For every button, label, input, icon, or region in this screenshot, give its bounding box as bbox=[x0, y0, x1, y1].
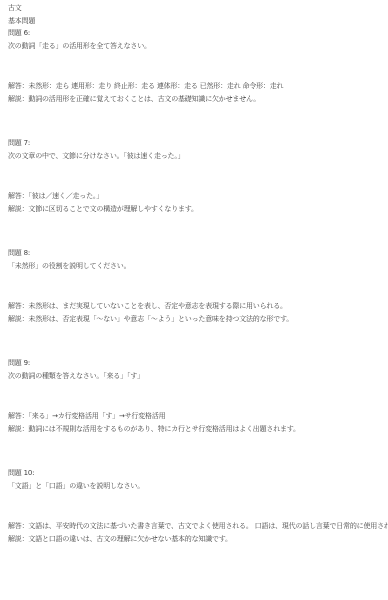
question-block: 問題 10: 「文語」と「口語」の違いを説明しなさい。 bbox=[8, 467, 382, 492]
explanation-text: 解説：文節に区切ることで文の構造が理解しやすくなります。 bbox=[8, 203, 382, 216]
question-label: 問題 10: bbox=[8, 467, 382, 480]
question-label: 問題 9: bbox=[8, 357, 382, 370]
question-block: 問題 9: 次の動詞の種類を答えなさい。「来る」「す」 bbox=[8, 357, 382, 382]
answer-block: 解答：未然形は、まだ実現していないことを表し、否定や意志を表現する際に用いられる… bbox=[8, 300, 382, 325]
answer-text: 解答：未然形：走ら 連用形：走り 終止形：走る 連体形：走る 已然形：走れ 命令… bbox=[8, 80, 382, 93]
question-text: 次の動詞の種類を答えなさい。「来る」「す」 bbox=[8, 370, 382, 383]
question-block: 問題 8: 「未然形」の役割を説明してください。 bbox=[8, 247, 382, 272]
document-subtitle: 基本問題 bbox=[8, 15, 382, 28]
question-label: 問題 7: bbox=[8, 137, 382, 150]
question-label: 問題 6: bbox=[8, 27, 382, 40]
question-section: 問題 9: 次の動詞の種類を答えなさい。「来る」「す」 解答：「来る」→カ行変格… bbox=[8, 357, 382, 435]
question-text: 次の文章の中で、文節に分けなさい。「彼は速く走った。」 bbox=[8, 150, 382, 163]
question-block: 問題 7: 次の文章の中で、文節に分けなさい。「彼は速く走った。」 bbox=[8, 137, 382, 162]
document-header: 古文 基本問題 bbox=[8, 2, 382, 27]
answer-text: 解答：未然形は、まだ実現していないことを表し、否定や意志を表現する際に用いられる… bbox=[8, 300, 382, 313]
explanation-text: 解説：動詞には不規則な活用をするものがあり、特にカ行とサ行変格活用はよく出題され… bbox=[8, 423, 382, 436]
answer-text: 解答：「来る」→カ行変格活用「す」→サ行変格活用 bbox=[8, 410, 382, 423]
explanation-text: 解説：未然形は、否定表現「〜ない」や意志「〜よう」といった意味を持つ文法的な形で… bbox=[8, 313, 382, 326]
question-section: 問題 10: 「文語」と「口語」の違いを説明しなさい。 解答：文語は、平安時代の… bbox=[8, 467, 382, 545]
question-section: 問題 7: 次の文章の中で、文節に分けなさい。「彼は速く走った。」 解答：「彼は… bbox=[8, 137, 382, 215]
questions-list: 問題 6: 次の動詞「走る」の活用形を全て答えなさい。 解答：未然形：走ら 連用… bbox=[8, 27, 382, 545]
question-label: 問題 8: bbox=[8, 247, 382, 260]
document-page: 古文 基本問題 問題 6: 次の動詞「走る」の活用形を全て答えなさい。 解答：未… bbox=[0, 0, 388, 600]
answer-text: 解答：「彼は／速く／走った。」 bbox=[8, 190, 382, 203]
explanation-text: 解説：動詞の活用形を正確に覚えておくことは、古文の基礎知識に欠かせません。 bbox=[8, 93, 382, 106]
question-section: 問題 6: 次の動詞「走る」の活用形を全て答えなさい。 解答：未然形：走ら 連用… bbox=[8, 27, 382, 105]
question-text: 次の動詞「走る」の活用形を全て答えなさい。 bbox=[8, 40, 382, 53]
answer-block: 解答：未然形：走ら 連用形：走り 終止形：走る 連体形：走る 已然形：走れ 命令… bbox=[8, 80, 382, 105]
question-section: 問題 8: 「未然形」の役割を説明してください。 解答：未然形は、まだ実現してい… bbox=[8, 247, 382, 325]
question-block: 問題 6: 次の動詞「走る」の活用形を全て答えなさい。 bbox=[8, 27, 382, 52]
answer-text: 解答：文語は、平安時代の文法に基づいた書き言葉で、古文でよく使用される。 口語は… bbox=[8, 520, 382, 533]
question-text: 「未然形」の役割を説明してください。 bbox=[8, 260, 382, 273]
document-title: 古文 bbox=[8, 2, 382, 15]
answer-block: 解答：「彼は／速く／走った。」 解説：文節に区切ることで文の構造が理解しやすくな… bbox=[8, 190, 382, 215]
answer-block: 解答：文語は、平安時代の文法に基づいた書き言葉で、古文でよく使用される。 口語は… bbox=[8, 520, 382, 545]
question-text: 「文語」と「口語」の違いを説明しなさい。 bbox=[8, 480, 382, 493]
explanation-text: 解説：文語と口語の違いは、古文の理解に欠かせない基本的な知識です。 bbox=[8, 533, 382, 546]
answer-block: 解答：「来る」→カ行変格活用「す」→サ行変格活用 解説：動詞には不規則な活用をす… bbox=[8, 410, 382, 435]
